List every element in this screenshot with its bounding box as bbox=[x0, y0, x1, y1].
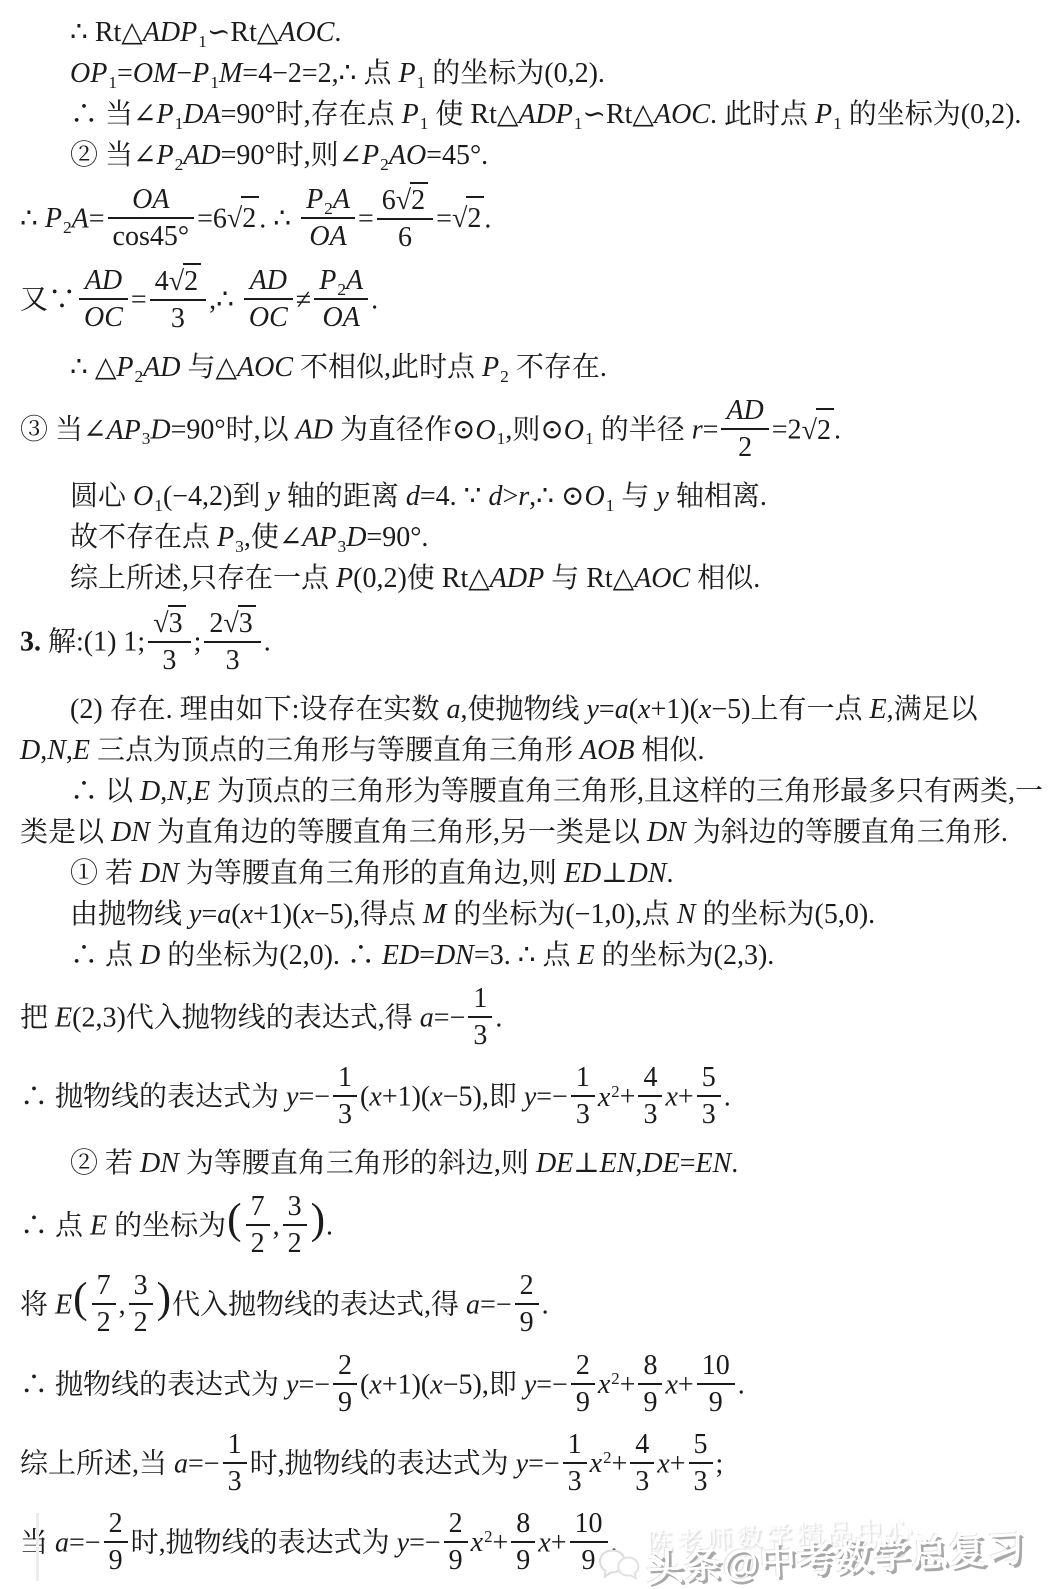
text-run: 3 bbox=[239, 608, 253, 639]
text-run: 为等腰直角三角形的斜边,则 bbox=[179, 1148, 536, 1179]
fraction-denominator: 9 bbox=[511, 1543, 535, 1577]
math-line-13: (2) 存在. 理由如下:设存在实数 a,使抛物线 y=a(x+1)(x−5)上… bbox=[70, 689, 1035, 730]
math-italic-run: x bbox=[657, 1448, 669, 1479]
fraction-denominator: 3 bbox=[630, 1464, 654, 1498]
text-run: 4 bbox=[643, 1062, 657, 1093]
fraction-denominator: 2 bbox=[246, 1226, 270, 1260]
text-run: =− bbox=[298, 1369, 330, 1400]
text-run: =45°. bbox=[426, 140, 488, 171]
subscript: 3 bbox=[235, 537, 244, 556]
text-run: 3 bbox=[226, 645, 240, 676]
radical: √2 bbox=[169, 266, 201, 297]
fraction-numerator: AD bbox=[721, 394, 768, 430]
math-italic-run: A bbox=[346, 265, 363, 296]
math-italic-run: E bbox=[73, 735, 90, 766]
math-italic-run: A bbox=[333, 184, 350, 215]
text-run: + bbox=[551, 1527, 567, 1558]
text-run: ,使∠ bbox=[244, 522, 302, 553]
text-run: ∽Rt△ bbox=[583, 99, 654, 130]
fraction: 13 bbox=[571, 1061, 595, 1131]
math-italic-run: ADP bbox=[490, 563, 544, 594]
math-line-08: ③ 当∠AP3D=90°时,以 AD 为直径作⊙O1,则⊙O1 的半径 r=AD… bbox=[20, 397, 1035, 467]
text-run: 3 bbox=[643, 1099, 657, 1130]
math-italic-run: DN bbox=[140, 858, 179, 889]
scan-artifact-line bbox=[36, 1513, 39, 1581]
fraction-denominator: 3 bbox=[563, 1464, 587, 1498]
math-italic-run: x bbox=[638, 694, 650, 725]
math-line-14: D,N,E 三点为顶点的三角形与等腰直角三角形 AOB 相似. bbox=[20, 730, 1035, 771]
math-with-subscript: P2 bbox=[319, 265, 346, 296]
fraction-numerator: 6√2 bbox=[377, 182, 433, 220]
subscript: 1 bbox=[417, 73, 426, 92]
text-run: =− bbox=[409, 1527, 441, 1558]
text-run: =90°. bbox=[366, 522, 428, 553]
fraction: 29 bbox=[444, 1507, 468, 1577]
text-run: . ∴ bbox=[259, 203, 298, 234]
text-run: ① 若 bbox=[70, 858, 140, 889]
math-italic-run: y bbox=[267, 481, 279, 512]
fraction-numerator: 2 bbox=[515, 1269, 539, 1305]
math-italic-run: AOC bbox=[237, 352, 293, 383]
fraction-numerator: 1 bbox=[223, 1428, 247, 1464]
fraction: 53 bbox=[697, 1061, 721, 1131]
text-run: ② 若 bbox=[70, 1148, 140, 1179]
fraction: 89 bbox=[638, 1349, 662, 1419]
math-italic-run: E bbox=[193, 776, 210, 807]
math-italic-run: x bbox=[538, 1527, 550, 1558]
text-run: ∴ 抛物线的表达式为 bbox=[20, 1369, 286, 1400]
math-with-subscript: P2 bbox=[482, 352, 509, 383]
math-italic-run: M bbox=[219, 58, 242, 89]
math-italic-run: AOC bbox=[634, 563, 690, 594]
text-run: 与△ bbox=[180, 352, 237, 383]
text-run: cos45° bbox=[113, 221, 190, 252]
radical-sign: √ bbox=[452, 198, 467, 239]
text-run: . bbox=[731, 1148, 738, 1179]
subscript: 3 bbox=[338, 537, 347, 556]
math-line-24: 将 E(72,32)代入抛物线的表达式,得 a=−29. bbox=[20, 1272, 1035, 1342]
text-run: =90°时,以 bbox=[171, 415, 296, 446]
math-italic-run: E bbox=[869, 694, 886, 725]
fraction-numerator: 4√2 bbox=[150, 263, 206, 301]
subscript: 2 bbox=[500, 367, 509, 386]
math-italic-run: AD bbox=[143, 352, 180, 383]
fraction: AD2 bbox=[721, 394, 768, 464]
math-italic-run: y bbox=[397, 1527, 409, 1558]
text-run: . bbox=[738, 1369, 745, 1400]
text-run: ② 当∠ bbox=[70, 140, 156, 171]
text-run: 的坐标为(0,2). bbox=[842, 99, 1022, 130]
math-italic-run: d bbox=[488, 481, 502, 512]
math-with-subscript: ADP1 bbox=[518, 99, 582, 130]
text-run: + bbox=[678, 1369, 694, 1400]
math-with-subscript: AP3 bbox=[302, 522, 346, 553]
fraction: 72 bbox=[246, 1190, 270, 1260]
math-italic-run: r bbox=[518, 481, 529, 512]
text-run: 3 bbox=[473, 1020, 487, 1051]
fraction-numerator: 1 bbox=[333, 1061, 357, 1097]
math-italic-run: a bbox=[174, 1448, 188, 1479]
radical: √2 bbox=[396, 185, 428, 216]
text-run: ; bbox=[716, 1448, 724, 1479]
text-run: 9 bbox=[516, 1545, 530, 1576]
subscript: 2 bbox=[337, 280, 346, 299]
text-run: =− bbox=[434, 1003, 466, 1034]
radicand: 3 bbox=[168, 605, 186, 640]
fraction: 32 bbox=[129, 1269, 153, 1339]
fraction-numerator: 8 bbox=[638, 1349, 662, 1385]
math-italic-run: x bbox=[430, 1082, 442, 1113]
math-italic-run: y bbox=[286, 1369, 298, 1400]
radical-sign: √ bbox=[153, 607, 168, 640]
fraction: ADOC bbox=[244, 264, 293, 334]
subscript: 1 bbox=[198, 32, 207, 51]
text-run: ,使抛物线 bbox=[460, 694, 586, 725]
text-run: = bbox=[131, 285, 147, 316]
text-run: 三点为顶点的三角形与等腰直角三角形 bbox=[90, 735, 580, 766]
radical: √3 bbox=[223, 608, 255, 639]
fraction-denominator: 2 bbox=[283, 1226, 307, 1260]
text-run: 7 bbox=[97, 1270, 111, 1301]
text-run: 9 bbox=[449, 1545, 463, 1576]
radical-sign: √ bbox=[223, 607, 238, 640]
text-run: 的半径 bbox=[594, 415, 692, 446]
text-run: , bbox=[119, 1290, 126, 1321]
text-run: =6 bbox=[197, 203, 227, 234]
math-italic-run: A bbox=[72, 203, 89, 234]
text-run: 1 bbox=[473, 983, 487, 1014]
math-italic-run: a bbox=[55, 1527, 69, 1558]
radical: √3 bbox=[153, 608, 185, 639]
text-run: . bbox=[484, 203, 491, 234]
text-run: 又∵ bbox=[20, 285, 76, 316]
radical-sign: √ bbox=[169, 265, 184, 298]
text-run: 5 bbox=[694, 1429, 708, 1460]
math-italic-run: DN bbox=[435, 940, 474, 971]
math-italic-run: OA bbox=[322, 302, 359, 333]
math-with-subscript: P2 bbox=[156, 140, 183, 171]
text-run: 9 bbox=[582, 1545, 596, 1576]
fraction-denominator: 3 bbox=[468, 1018, 492, 1052]
text-run: 2 bbox=[449, 1508, 463, 1539]
text-run: 3 bbox=[702, 1099, 716, 1130]
text-run: 9 bbox=[520, 1307, 534, 1338]
subscript: 1 bbox=[154, 496, 163, 515]
text-run: =− bbox=[188, 1448, 220, 1479]
fraction-denominator: 2 bbox=[721, 430, 768, 464]
fraction-numerator: AD bbox=[79, 264, 128, 300]
fraction-denominator: OC bbox=[244, 300, 293, 334]
math-line-03: ∴ 当∠P1DA=90°时,存在点 P1 使 Rt△ADP1∽Rt△AOC. 此… bbox=[70, 94, 1035, 135]
text-run: ; bbox=[194, 627, 202, 658]
subscript: 2 bbox=[63, 218, 72, 237]
text-run: +1)( bbox=[382, 1082, 430, 1113]
math-with-superscript: x2 bbox=[598, 1369, 620, 1400]
math-italic-run: N bbox=[47, 735, 66, 766]
fraction-denominator: 3 bbox=[689, 1464, 713, 1498]
superscript: 2 bbox=[611, 1369, 619, 1388]
text-run: 为斜边的等腰直角三角形. bbox=[686, 817, 1008, 848]
fraction-denominator: 9 bbox=[104, 1543, 128, 1577]
fraction-numerator: 10 bbox=[697, 1349, 735, 1385]
text-run: (−4,2)到 bbox=[163, 481, 267, 512]
text-run: =− bbox=[528, 1448, 560, 1479]
math-italic-run: AOC bbox=[654, 99, 710, 130]
text-run: 3 bbox=[228, 1466, 242, 1497]
text-run: . bbox=[371, 285, 378, 316]
math-italic-run: DE bbox=[642, 1148, 679, 1179]
scanned-solution-page: ∴ Rt△ADP1∽Rt△AOC.OP1=OM−P1M=4−2=2,∴ 点 P1… bbox=[0, 0, 1059, 1589]
fraction: 13 bbox=[563, 1428, 587, 1498]
text-run: 3 bbox=[568, 1466, 582, 1497]
radicand: 2 bbox=[816, 408, 834, 451]
math-italic-run: y bbox=[189, 899, 201, 930]
fraction: 89 bbox=[511, 1507, 535, 1577]
text-run: , bbox=[66, 735, 73, 766]
fraction-denominator: 3 bbox=[697, 1097, 721, 1131]
fraction-denominator: 9 bbox=[444, 1543, 468, 1577]
math-with-superscript: x2 bbox=[590, 1448, 612, 1479]
text-run: 时,抛物线的表达式为 bbox=[250, 1448, 516, 1479]
text-run: . bbox=[724, 1082, 731, 1113]
math-line-09: 圆心 O1(−4,2)到 y 轴的距离 d=4. ∵ d>r,∴ ⊙O1 与 y… bbox=[70, 476, 1035, 517]
text-run: 3 bbox=[288, 1191, 302, 1222]
text-run: 8 bbox=[643, 1350, 657, 1381]
math-italic-run: DE bbox=[536, 1148, 573, 1179]
fraction-numerator: 1 bbox=[563, 1428, 587, 1464]
radical-sign: √ bbox=[396, 184, 411, 217]
text-run: 不相似,此时点 bbox=[293, 352, 482, 383]
text-run: 为直径作⊙ bbox=[333, 415, 475, 446]
text-run: =2 bbox=[772, 415, 802, 446]
text-run: 4 bbox=[155, 266, 169, 297]
math-line-23: ∴ 点 E 的坐标为(72,32). bbox=[20, 1193, 1035, 1263]
math-italic-run: ED bbox=[564, 858, 601, 889]
math-italic-run: AD bbox=[85, 265, 122, 296]
text-run: 9 bbox=[576, 1387, 590, 1418]
math-with-superscript: x2 bbox=[471, 1527, 493, 1558]
text-run: =3. ∴ 点 bbox=[474, 940, 578, 971]
text-run: (0,2)使 Rt△ bbox=[353, 563, 490, 594]
fraction: 29 bbox=[104, 1507, 128, 1577]
text-run: −5),得点 bbox=[314, 899, 423, 930]
math-with-subscript: OP1 bbox=[70, 58, 117, 89]
math-with-subscript: P1 bbox=[192, 58, 219, 89]
fraction-denominator: 9 bbox=[515, 1305, 539, 1339]
text-run: = bbox=[201, 899, 217, 930]
fraction-numerator: √3 bbox=[148, 605, 190, 643]
math-italic-run: AD bbox=[296, 415, 333, 446]
fraction-numerator: 10 bbox=[570, 1507, 608, 1543]
text-run: ∴ Rt△ bbox=[70, 17, 143, 48]
math-italic-run: DN bbox=[111, 817, 150, 848]
fraction-denominator: 2 bbox=[129, 1305, 153, 1339]
math-italic-run: EN bbox=[696, 1148, 732, 1179]
text-run: 为等腰直角三角形的直角边,则 bbox=[179, 858, 564, 889]
fraction-denominator: 9 bbox=[638, 1385, 662, 1419]
text-run: 综上所述,当 bbox=[20, 1448, 174, 1479]
text-run: . bbox=[667, 858, 674, 889]
math-italic-run: AD bbox=[726, 395, 763, 426]
superscript: 2 bbox=[611, 1082, 619, 1101]
bold-text-run: 3. bbox=[20, 627, 41, 658]
text-run: 3 bbox=[162, 645, 176, 676]
fraction: 13 bbox=[223, 1428, 247, 1498]
text-run: = bbox=[703, 415, 719, 446]
subscript: 2 bbox=[175, 155, 184, 174]
text-run: 2 bbox=[520, 1270, 534, 1301]
fraction: 32 bbox=[283, 1190, 307, 1260]
text-run: −5),即 bbox=[443, 1082, 524, 1113]
fraction: 29 bbox=[515, 1269, 539, 1339]
text-run: 故不存在点 bbox=[70, 522, 217, 553]
math-italic-run: OA bbox=[132, 184, 169, 215]
math-line-11: 综上所述,只存在一点 P(0,2)使 Rt△ADP 与 Rt△AOC 相似. bbox=[70, 558, 1035, 599]
math-line-21: ∴ 抛物线的表达式为 y=−13(x+1)(x−5),即 y=−13x2+43x… bbox=[20, 1064, 1035, 1134]
math-line-17: ① 若 DN 为等腰直角三角形的直角边,则 ED⊥DN. bbox=[70, 853, 1035, 894]
text-run: 代入抛物线的表达式,得 bbox=[172, 1290, 466, 1321]
subscript: 1 bbox=[585, 429, 594, 448]
text-run: 3 bbox=[576, 1099, 590, 1130]
fraction-numerator: 4 bbox=[630, 1428, 654, 1464]
text-run: =90°时,则∠ bbox=[221, 140, 362, 171]
text-run: ,∴ ⊙ bbox=[529, 481, 584, 512]
math-italic-run: a bbox=[615, 694, 629, 725]
text-run: ∴ 点 bbox=[70, 940, 140, 971]
text-run: ③ 当∠ bbox=[20, 415, 106, 446]
math-italic-run: D bbox=[140, 776, 160, 807]
text-run: 不存在. bbox=[509, 352, 607, 383]
text-run: + bbox=[492, 1527, 508, 1558]
math-line-06: 又∵ADOC=4√23,∴ ADOC≠P2AOA. bbox=[20, 266, 1035, 338]
math-italic-run: AOC bbox=[278, 17, 334, 48]
math-italic-run: AD bbox=[183, 140, 220, 171]
text-run: 综上所述,只存在一点 bbox=[70, 563, 336, 594]
text-run: ( bbox=[231, 899, 240, 930]
text-run: 6 bbox=[382, 185, 396, 216]
fraction-denominator: OC bbox=[79, 300, 128, 334]
math-italic-run: x bbox=[369, 1369, 381, 1400]
text-run: 3 bbox=[169, 608, 183, 639]
math-with-subscript: P1 bbox=[156, 99, 183, 130]
text-run: , bbox=[186, 776, 193, 807]
fraction-numerator: 2 bbox=[571, 1349, 595, 1385]
radicand: 2 bbox=[466, 196, 484, 239]
text-run: 5 bbox=[702, 1062, 716, 1093]
math-italic-run: ED bbox=[382, 940, 419, 971]
text-run: 10 bbox=[702, 1350, 730, 1381]
text-run: =4. ∵ bbox=[420, 481, 489, 512]
fraction-denominator: OA bbox=[314, 300, 368, 334]
math-italic-run: P bbox=[336, 563, 353, 594]
math-with-subscript: O1 bbox=[475, 415, 505, 446]
math-line-19: ∴ 点 D 的坐标为(2,0). ∴ ED=DN=3. ∴ 点 E 的坐标为(2… bbox=[70, 935, 1035, 976]
math-italic-run: DN bbox=[647, 817, 686, 848]
math-line-25: ∴ 抛物线的表达式为 y=−29(x+1)(x−5),即 y=−29x2+89x… bbox=[20, 1352, 1035, 1422]
text-run: ∽Rt△ bbox=[207, 17, 278, 48]
math-with-subscript: P1 bbox=[815, 99, 842, 130]
fraction: 53 bbox=[689, 1428, 713, 1498]
text-run: . bbox=[495, 1003, 502, 1034]
math-italic-run: N bbox=[677, 899, 696, 930]
text-run: = bbox=[680, 1148, 696, 1179]
radicand: 2 bbox=[241, 196, 259, 239]
text-run: ,则⊙ bbox=[505, 415, 563, 446]
text-run: ∴ 点 bbox=[20, 1211, 90, 1242]
text-run: +1)( bbox=[253, 899, 301, 930]
math-line-07: ∴ △P2AD 与△AOC 不相似,此时点 P2 不存在. bbox=[70, 347, 1035, 388]
math-italic-run: D bbox=[346, 522, 366, 553]
text-run: > bbox=[502, 481, 518, 512]
math-italic-run: E bbox=[55, 1290, 72, 1321]
fraction-numerator: 2 bbox=[333, 1349, 357, 1385]
text-run: . bbox=[834, 415, 841, 446]
math-italic-run: OM bbox=[133, 58, 177, 89]
text-run: =− bbox=[536, 1369, 568, 1400]
radical: √2 bbox=[452, 203, 484, 234]
fraction-numerator: AD bbox=[244, 264, 293, 300]
math-italic-run: E bbox=[55, 1003, 72, 1034]
text-run: ∴ bbox=[20, 203, 45, 234]
math-with-subscript: P3 bbox=[217, 522, 244, 553]
math-with-superscript: x2 bbox=[598, 1082, 620, 1113]
text-run: 2 bbox=[242, 203, 256, 234]
subscript: 2 bbox=[380, 155, 389, 174]
fraction-numerator: P2A bbox=[301, 183, 355, 219]
text-run: 1 bbox=[228, 1429, 242, 1460]
text-run: + bbox=[678, 1082, 694, 1113]
text-run: = bbox=[419, 940, 435, 971]
text-run: ( bbox=[360, 1369, 369, 1400]
text-run: −5),即 bbox=[443, 1369, 524, 1400]
math-italic-run: D bbox=[150, 415, 170, 446]
radical-sign: √ bbox=[802, 410, 817, 451]
text-run: 相似. bbox=[690, 563, 760, 594]
fraction-denominator: 3 bbox=[571, 1097, 595, 1131]
text-run: − bbox=[176, 58, 192, 89]
math-italic-run: x bbox=[301, 899, 313, 930]
text-run: 把 bbox=[20, 1003, 55, 1034]
text-run: 4 bbox=[635, 1429, 649, 1460]
text-run: 9 bbox=[709, 1387, 723, 1418]
fraction-denominator: 3 bbox=[333, 1097, 357, 1131]
text-run: = bbox=[358, 203, 374, 234]
text-run: , bbox=[273, 1211, 280, 1242]
math-italic-run: y bbox=[286, 1082, 298, 1113]
text-run: 2 bbox=[251, 1228, 265, 1259]
fraction-numerator: 7 bbox=[246, 1190, 270, 1226]
fraction-denominator: cos45° bbox=[108, 219, 195, 253]
text-run: 2 bbox=[817, 415, 831, 446]
math-italic-run: OA bbox=[309, 221, 346, 252]
text-run: = bbox=[89, 203, 105, 234]
fraction: 72 bbox=[92, 1269, 116, 1339]
fraction: 13 bbox=[333, 1061, 357, 1131]
fraction: 29 bbox=[333, 1349, 357, 1419]
text-run: 9 bbox=[643, 1387, 657, 1418]
fraction-numerator: 2 bbox=[444, 1507, 468, 1543]
math-italic-run: E bbox=[90, 1211, 107, 1242]
text-run: (2) 存在. 理由如下:设存在实数 bbox=[70, 694, 446, 725]
math-italic-run: DA bbox=[183, 99, 220, 130]
fraction-denominator: 9 bbox=[571, 1385, 595, 1419]
math-line-02: OP1=OM−P1M=4−2=2,∴ 点 P1 的坐标为(0,2). bbox=[70, 53, 1035, 94]
fraction: 29 bbox=[571, 1349, 595, 1419]
text-run: 的坐标为(5,0). bbox=[696, 899, 876, 930]
math-italic-run: a bbox=[446, 694, 460, 725]
math-line-16: 类是以 DN 为直角边的等腰直角三角形,另一类是以 DN 为斜边的等腰直角三角形… bbox=[20, 812, 1035, 853]
text-run: . bbox=[334, 17, 341, 48]
